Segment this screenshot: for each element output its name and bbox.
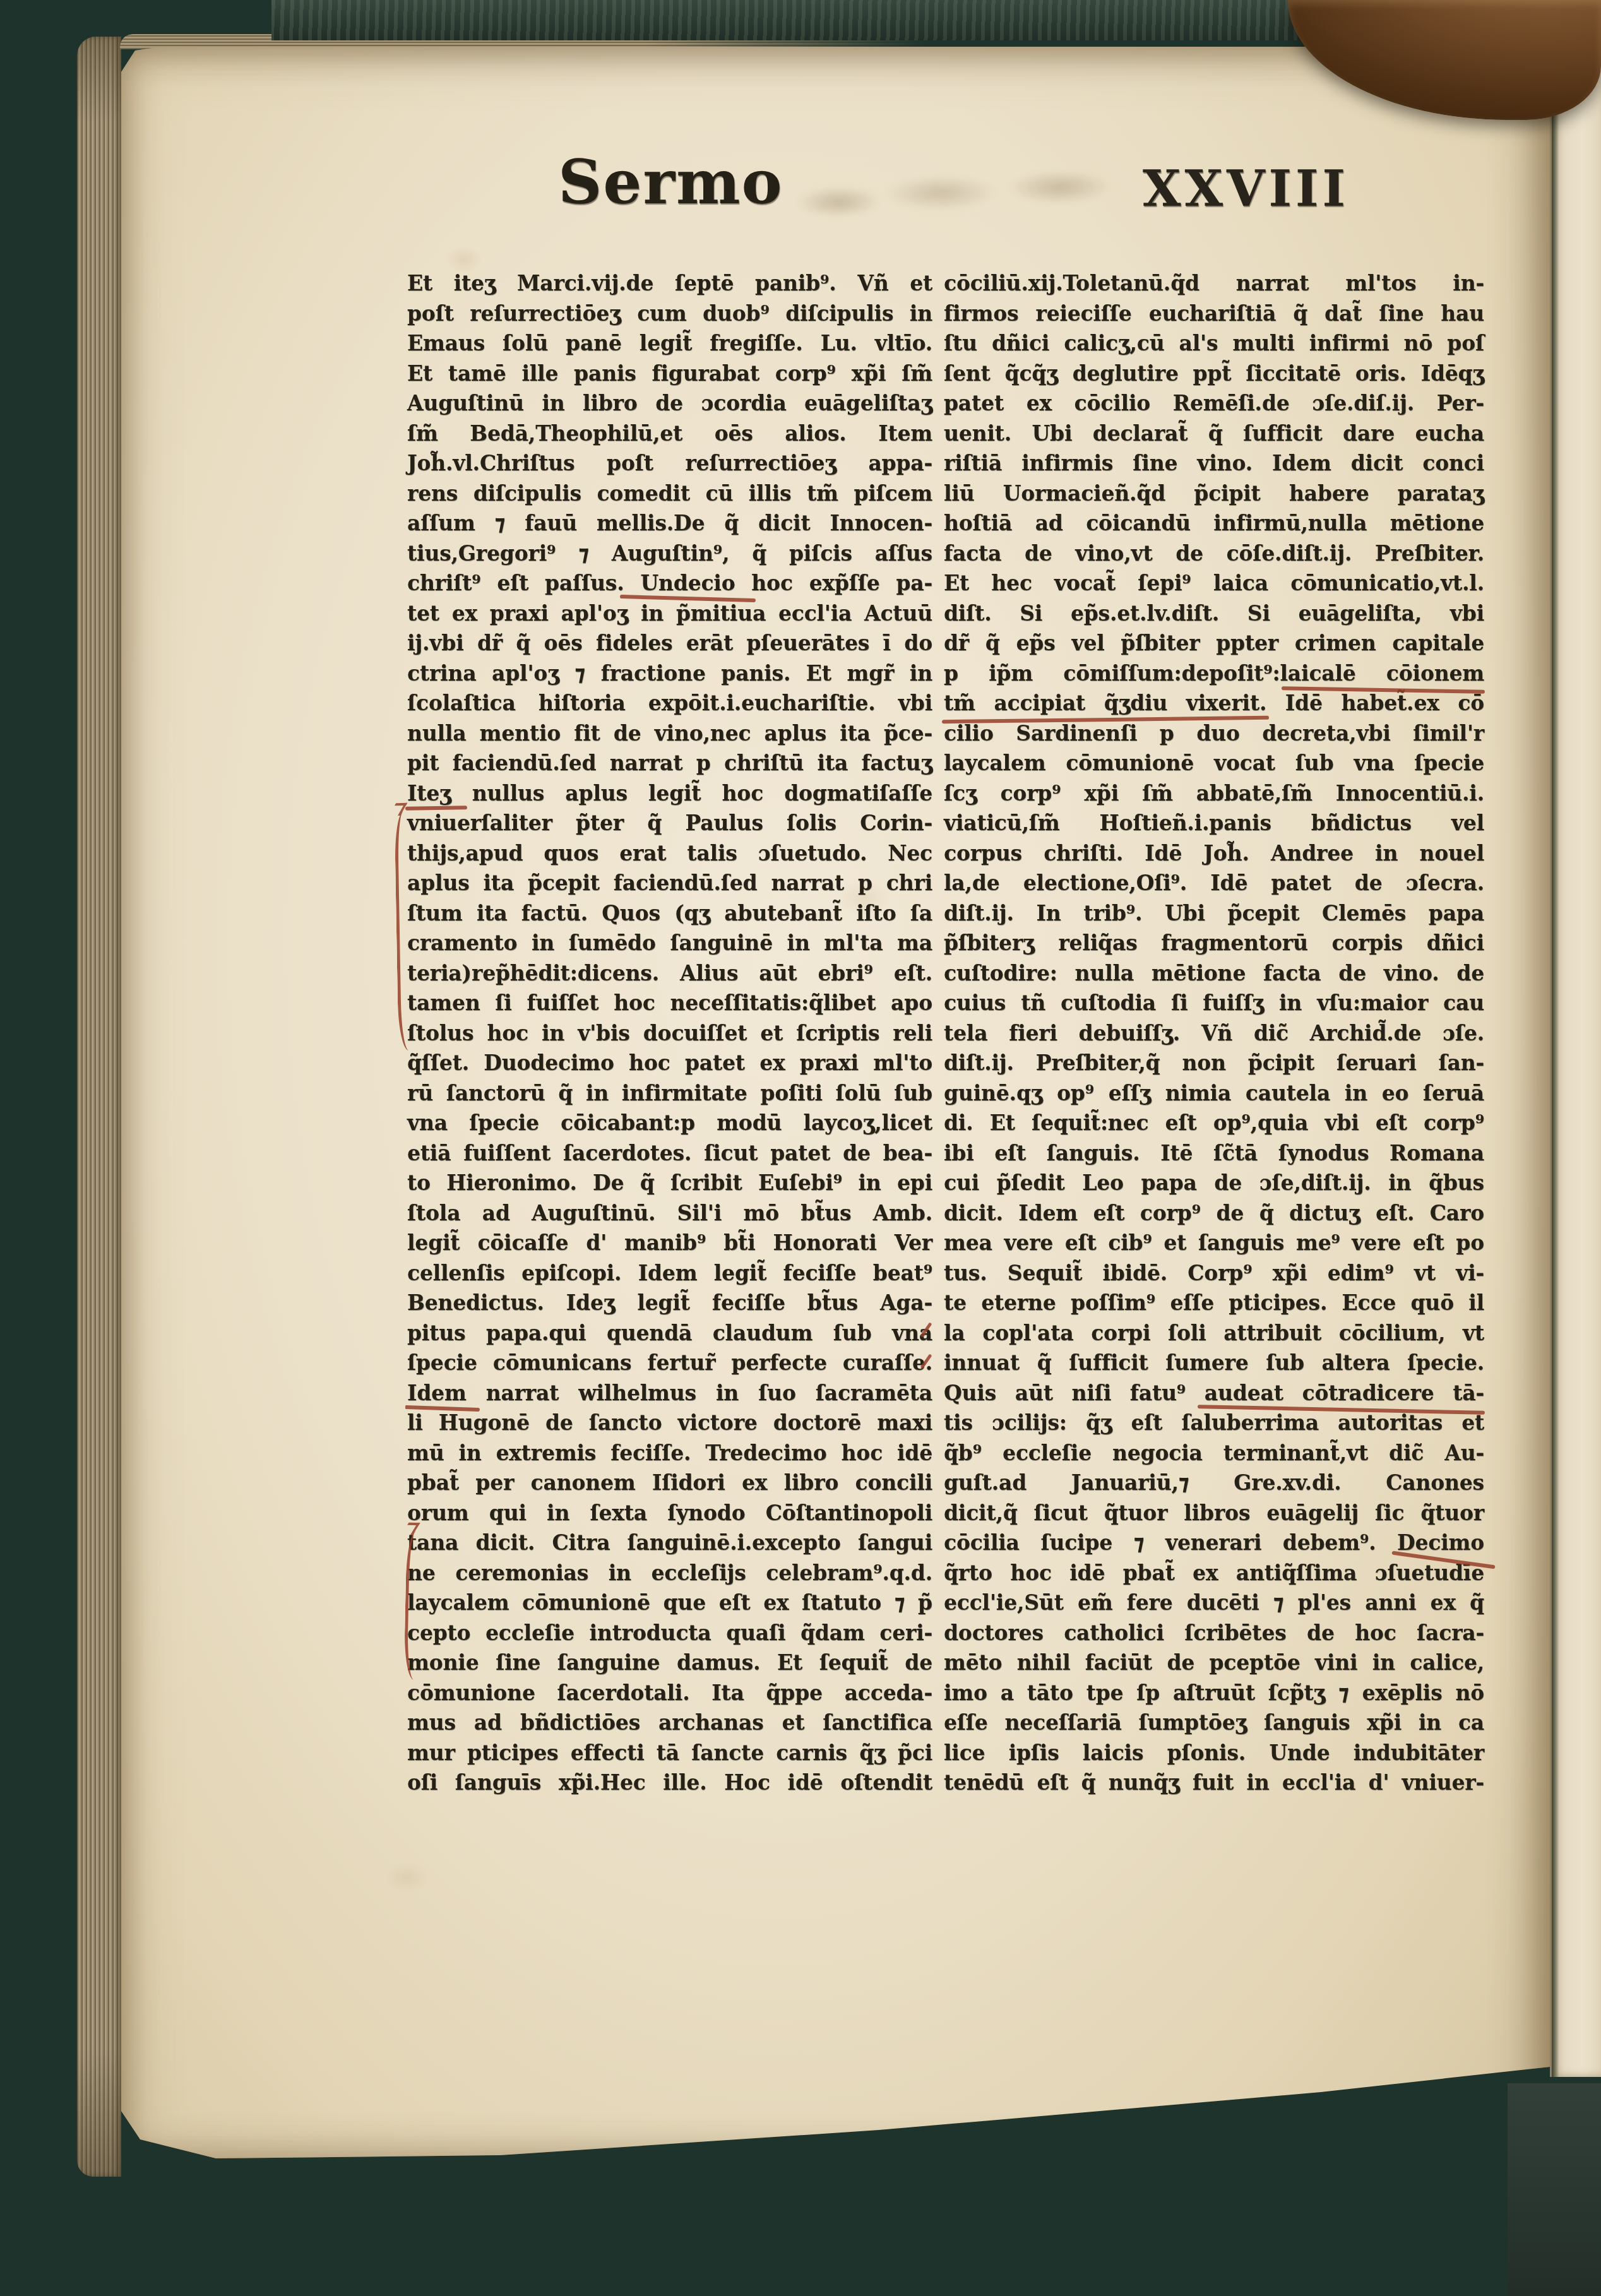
text-line: hoſtiā ad cōicandū infirmū,nulla mētione [944,508,1484,538]
text-line: corpus chriſti. Idē Joh̃. Andree in noue… [944,838,1484,869]
text-line: ſtolus hoc in v'bis docuiſſet et ſcripti… [407,1018,932,1049]
text-line: mū in extremis feciſſe. Tredecimo hoc id… [407,1438,932,1468]
show-through-smudge [787,150,1129,228]
text-line: tenēdū eſt q̃ nunq̃ʒ fuit in eccl'ia d' … [944,1768,1484,1798]
text-line: imo a tāto tpe ſp aſtruūt ſcp̃tʒ ⁊ exēpl… [944,1678,1484,1708]
text-line: diſt.ij. In trib⁹. Ubi p̃cepit Clemēs pa… [944,898,1484,929]
text-line: la copl'ata corpi ſoli attribuit cōciliu… [944,1318,1484,1348]
text-line: monie ſine ſanguine damus. Et ſequit̃ de [407,1648,932,1678]
text-line: Quis aūt niſi fatu⁹ audeat cōtradicere t… [944,1378,1484,1408]
text-line: doctores catholici ſcribētes de hoc ſacr… [944,1618,1484,1648]
text-line: tius,Gregori⁹ ⁊ Auguſtin⁹, q̃ piſcis aſſ… [407,538,932,569]
text-line: Benedictus. Ideʒ legit̃ feciſſe bt̃us Ag… [407,1288,932,1318]
text-line: vniuerſaliter p̃ter q̃ Paulus ſolis Cori… [407,808,932,838]
text-line: tela fieri debuiſſʒ. Vñ dic̃ Archid̃.de … [944,1018,1484,1049]
text-line: ctrina apl'oʒ ⁊ fractione panis. Et mgr̃… [407,658,932,689]
text-line: riſtiā infirmis ſine vino. Idem dicit co… [944,448,1484,479]
text-line: cuſtodire: nulla mētione facta de vino. … [944,958,1484,989]
text-line: pit faciendū.ſed narrat p chriſtū ita fa… [407,748,932,778]
text-line: patet ex cōcilio Remēſi.de ɔſe.diſ.ij. P… [944,388,1484,419]
text-line: tus. Sequit̃ ibidē. Corp⁹ xp̃i edim⁹ vt … [944,1258,1484,1288]
text-line: diſt.ij. Preſbiter,q̃ non p̃cipit ſeruar… [944,1048,1484,1078]
text-line: cōciliū.xij.Toletanū.q̃d narrat ml'tos i… [944,268,1484,299]
text-line: mur pticipes effecti tā ſancte carnis q̃… [407,1738,932,1768]
text-line: firmos reieciſſe euchariſtiā q̃ dat̃ ſin… [944,299,1484,329]
text-line: tet ex praxi apl'oʒ in p̃mitiua eccl'ia … [407,598,932,629]
text-line: to Hieronimo. De q̃ ſcribit Euſebi⁹ in e… [407,1168,932,1198]
text-line: ij.vbi dr̃ q̃ oēs fideles erāt pſeuerāte… [407,628,932,658]
text-line: Et hec vocat̃ ſepi⁹ laica cōmunicatio,vt… [944,568,1484,598]
text-line: guinē.qʒ op⁹ eſſʒ nimia cautela in eo ſe… [944,1078,1484,1109]
text-line: ſent q̃cq̃ʒ deglutire ppt̃ ſiccitatē ori… [944,359,1484,389]
text-line: Auguſtinū in libro de ɔcordia euāgeliſta… [407,388,932,419]
text-line: cuius tñ cuſtodia ſi fuiſſʒ in vſu:maior… [944,988,1484,1018]
text-line: innuat q̃ ſufficit ſumere ſub altera ſpe… [944,1348,1484,1378]
text-line: diſt. Si ep̃s.et.lv.diſt. Si euāgeliſta,… [944,598,1484,629]
text-line: p ip̃m cōmiſſum:depoſit⁹:laicalē cōionem [944,658,1484,689]
text-line: Et iteʒ Marci.vij.de ſeptē panib⁹. Vñ et [407,268,932,299]
text-line: etiā fuiſſent ſacerdotes. ſicut patet de… [407,1138,932,1169]
text-line: vna ſpecie cōicabant:p modū laycoʒ,licet [407,1108,932,1138]
text-line: p̃ſbiterʒ reliq̃as fragmentorū corpis dñ… [944,928,1484,958]
text-line: eſſe neceſſariā ſumptōeʒ ſanguis xp̃i in… [944,1708,1484,1738]
text-line: viaticū,ſm̃ Hoſtieñ.i.panis bñdictus vel [944,808,1484,838]
text-line: poſt reſurrectiōeʒ cum duob⁹ diſcipulis … [407,299,932,329]
text-line: Iteʒ nullus aplus legit̃ hoc dogmatiſaſſ… [407,778,932,809]
text-line: q̃ſſet. Duodecimo hoc patet ex praxi ml'… [407,1048,932,1078]
text-line: la,de electione,Oſi⁹. Idē patet de ɔſecr… [944,868,1484,898]
book-page: Sermo XXVIII Et iteʒ Marci.vij.de ſeptē … [121,47,1550,2175]
text-line: q̃rto hoc idē pbat̃ ex antiq̃ſſima ɔſuet… [944,1558,1484,1588]
text-line: Et tamē ille panis figurabat corp⁹ xp̃i … [407,359,932,389]
text-line: ſtum ita factū. Quos (qʒ abutebant̃ iſto… [407,898,932,929]
text-line: teria)rep̃hēdit:dicens. Alius aūt ebri⁹ … [407,958,932,989]
text-line: dicit,q̃ ſicut q̃tuor libros euāgelij ſi… [944,1498,1484,1528]
text-line: pbat̃ per canonem Iſidori ex libro conci… [407,1468,932,1498]
text-line: cellenſis epiſcopi. Idem legit̃ feciſſe … [407,1258,932,1288]
text-line: dicit. Idem eſt corp⁹ de q̃ dictuʒ eſt. … [944,1198,1484,1228]
text-line: thijs,apud quos erat talis ɔſuetudo. Nec [407,838,932,869]
text-line: mēto nihil faciūt de pceptōe vini in cal… [944,1648,1484,1678]
text-line: laycalem cōmunionē vocat ſub vna ſpecie [944,748,1484,778]
text-line: pitus papa.qui quendā claudum ſub vna [407,1318,932,1348]
text-line: mea vere eſt cib⁹ et ſanguis me⁹ vere eſ… [944,1228,1484,1258]
text-line: facta de vino,vt de cōſe.diſt.ij. Preſbi… [944,538,1484,569]
text-line: li Hugonē de ſancto victore doctorē maxi [407,1408,932,1438]
text-line: legit̃ cōicaſſe d' manib⁹ bt̃i Honorati … [407,1228,932,1258]
text-line: tana dicit. Citra ſanguinē.i.excepto ſan… [407,1528,932,1558]
text-line: ſpecie cōmunicans fertur̃ perfecte curaſ… [407,1348,932,1378]
text-line: rū ſanctorū q̃ in infirmitate poſiti ſol… [407,1078,932,1109]
page-block-fore-edge [77,37,121,2177]
text-line: ibi eſt ſanguis. Itē ſc̃tā ſynodus Roman… [944,1138,1484,1169]
text-line: Idem narrat wilhelmus in ſuo ſacramēta [407,1378,932,1408]
text-line: uenit. Ubi declarat̃ q̃ ſufficit dare eu… [944,419,1484,449]
text-line: ſtu dñici calicʒ,cū al's multi infirmi n… [944,328,1484,359]
running-title: Sermo [558,146,783,218]
text-line: laycalem cōmunionē que eſt ex ſtatuto ⁊ … [407,1588,932,1618]
text-line: ſm̃ Bedā,Theophilū,et oēs alios. Item [407,419,932,449]
text-line: cepto eccleſie introducta quaſi q̃dam ce… [407,1618,932,1648]
text-line: guſt.ad Januariū,⁊ Gre.xv.di. Canones [944,1468,1484,1498]
text-line: tamen ſi fuiſſet hoc neceſſitatis:q̃libe… [407,988,932,1018]
text-line: ſtola ad Auguſtinū. Sil'i mō bt̃us Amb. [407,1198,932,1228]
next-leaf-edge [1550,40,1601,2077]
text-line: orum qui in ſexta ſynodo Cōſtantinopoli [407,1498,932,1528]
text-line: oſi ſanguīs xp̃i.Hec ille. Hoc idē oſten… [407,1768,932,1798]
text-line: q̃b⁹ eccleſie negocia terminant̃,vt dic̃… [944,1438,1484,1468]
text-column-left: Et iteʒ Marci.vij.de ſeptē panib⁹. Vñ et… [407,268,932,1798]
scanned-book-photograph: Sermo XXVIII Et iteʒ Marci.vij.de ſeptē … [0,0,1601,2296]
page-number: XXVIII [1143,160,1349,218]
text-line: Emaus ſolū panē legit̃ fregiſſe. Lu. vlt… [407,328,932,359]
text-line: dr̃ q̃ ep̃s vel p̃ſbiter ppter crimen ca… [944,628,1484,658]
text-line: cilio Sardinenſi p duo decreta,vbi ſimil… [944,718,1484,749]
text-column-right: cōciliū.xij.Toletanū.q̃d narrat ml'tos i… [944,268,1484,1798]
text-line: cōmunione ſacerdotali. Ita q̃ppe acceda- [407,1678,932,1708]
text-line: ſcolaſtica hiſtoria expōit.i.euchariſtie… [407,688,932,718]
text-line: eccl'ie,Sūt em̃ fere ducēti ⁊ pl'es anni… [944,1588,1484,1618]
text-line: di. Et ſequit̃:nec eſt op⁹,quia vbi eſt … [944,1108,1484,1138]
text-line: ne ceremonias in eccleſijs celebram⁹.q.d… [407,1558,932,1588]
text-line: mus ad bñdictiōes archanas et ſanctifica [407,1708,932,1738]
text-line: te eterne poſſim⁹ eſſe pticipes. Ecce qu… [944,1288,1484,1318]
text-line: cramento in ſumēdo ſanguinē in ml'ta ma [407,928,932,958]
text-line: chriſt⁹ eſt paſſus. Undecio hoc exp̃ſſe … [407,568,932,598]
tabletop-strip [1425,2064,1508,2296]
tabletop-shadow [1508,2083,1601,2296]
text-line: cui p̃ſedit Leo papa de ɔſe,diſt.ij. in … [944,1168,1484,1198]
text-line: liū Uormacieñ.q̃d p̃cipit habere parataʒ [944,479,1484,509]
text-line: Joh̃.vl.Chriſtus poſt reſurrectiōeʒ appa… [407,448,932,479]
text-line: lice ipſis laicis pſonis. Unde indubitāt… [944,1738,1484,1768]
text-line: ſcʒ corp⁹ xp̃i ſm̃ abbatē,ſm̃ Innocentiū… [944,778,1484,809]
text-line: rens diſcipulis comedit cū illis tm̃ piſ… [407,479,932,509]
text-line: aſſum ⁊ fauū mellis.De q̃ dicit Innocen- [407,508,932,538]
text-line: tm̃ accipiat q̃ʒdiu vixerit. Idē habet̃.… [944,688,1484,718]
text-line: aplus ita p̃cepit faciendū.ſed narrat p … [407,868,932,898]
text-line: nulla mentio fit de vino,nec aplus ita p… [407,718,932,749]
